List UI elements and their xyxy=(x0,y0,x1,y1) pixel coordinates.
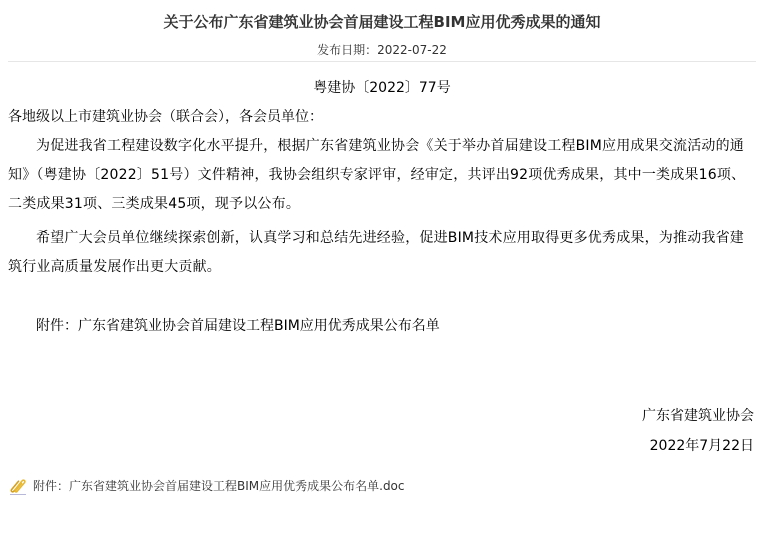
attachment-mention: 附件：广东省建筑业协会首届建设工程BIM应用优秀成果公布名单 xyxy=(36,316,440,336)
article-title: 关于公布广东省建筑业协会首届建设工程BIM应用优秀成果的通知 xyxy=(0,11,764,33)
body-paragraph: 为促进我省工程建设数字化水平提升，根据广东省建筑业协会《关于举办首届建设工程BI… xyxy=(8,132,756,219)
publish-date-value: 2022-07-22 xyxy=(377,43,447,57)
signature-organization: 广东省建筑业协会 xyxy=(642,406,754,426)
header-divider xyxy=(8,61,756,62)
body-paragraph: 希望广大会员单位继续探索创新，认真学习和总结先进经验，促进BIM技术应用取得更多… xyxy=(8,224,756,282)
attachment-download-link[interactable]: 附件：广东省建筑业协会首届建设工程BIM应用优秀成果公布名单.doc xyxy=(8,476,405,496)
paperclip-icon xyxy=(8,476,28,496)
publish-date-label: 发布日期： xyxy=(317,43,377,57)
attachment-filename[interactable]: 附件：广东省建筑业协会首届建设工程BIM应用优秀成果公布名单.doc xyxy=(33,477,405,495)
salutation: 各地级以上市建筑业协会（联合会），各会员单位： xyxy=(8,107,323,127)
document-number: 粤建协〔2022〕77号 xyxy=(0,78,764,98)
publish-date: 发布日期：2022-07-22 xyxy=(0,41,764,59)
signature-date: 2022年7月22日 xyxy=(650,436,754,456)
